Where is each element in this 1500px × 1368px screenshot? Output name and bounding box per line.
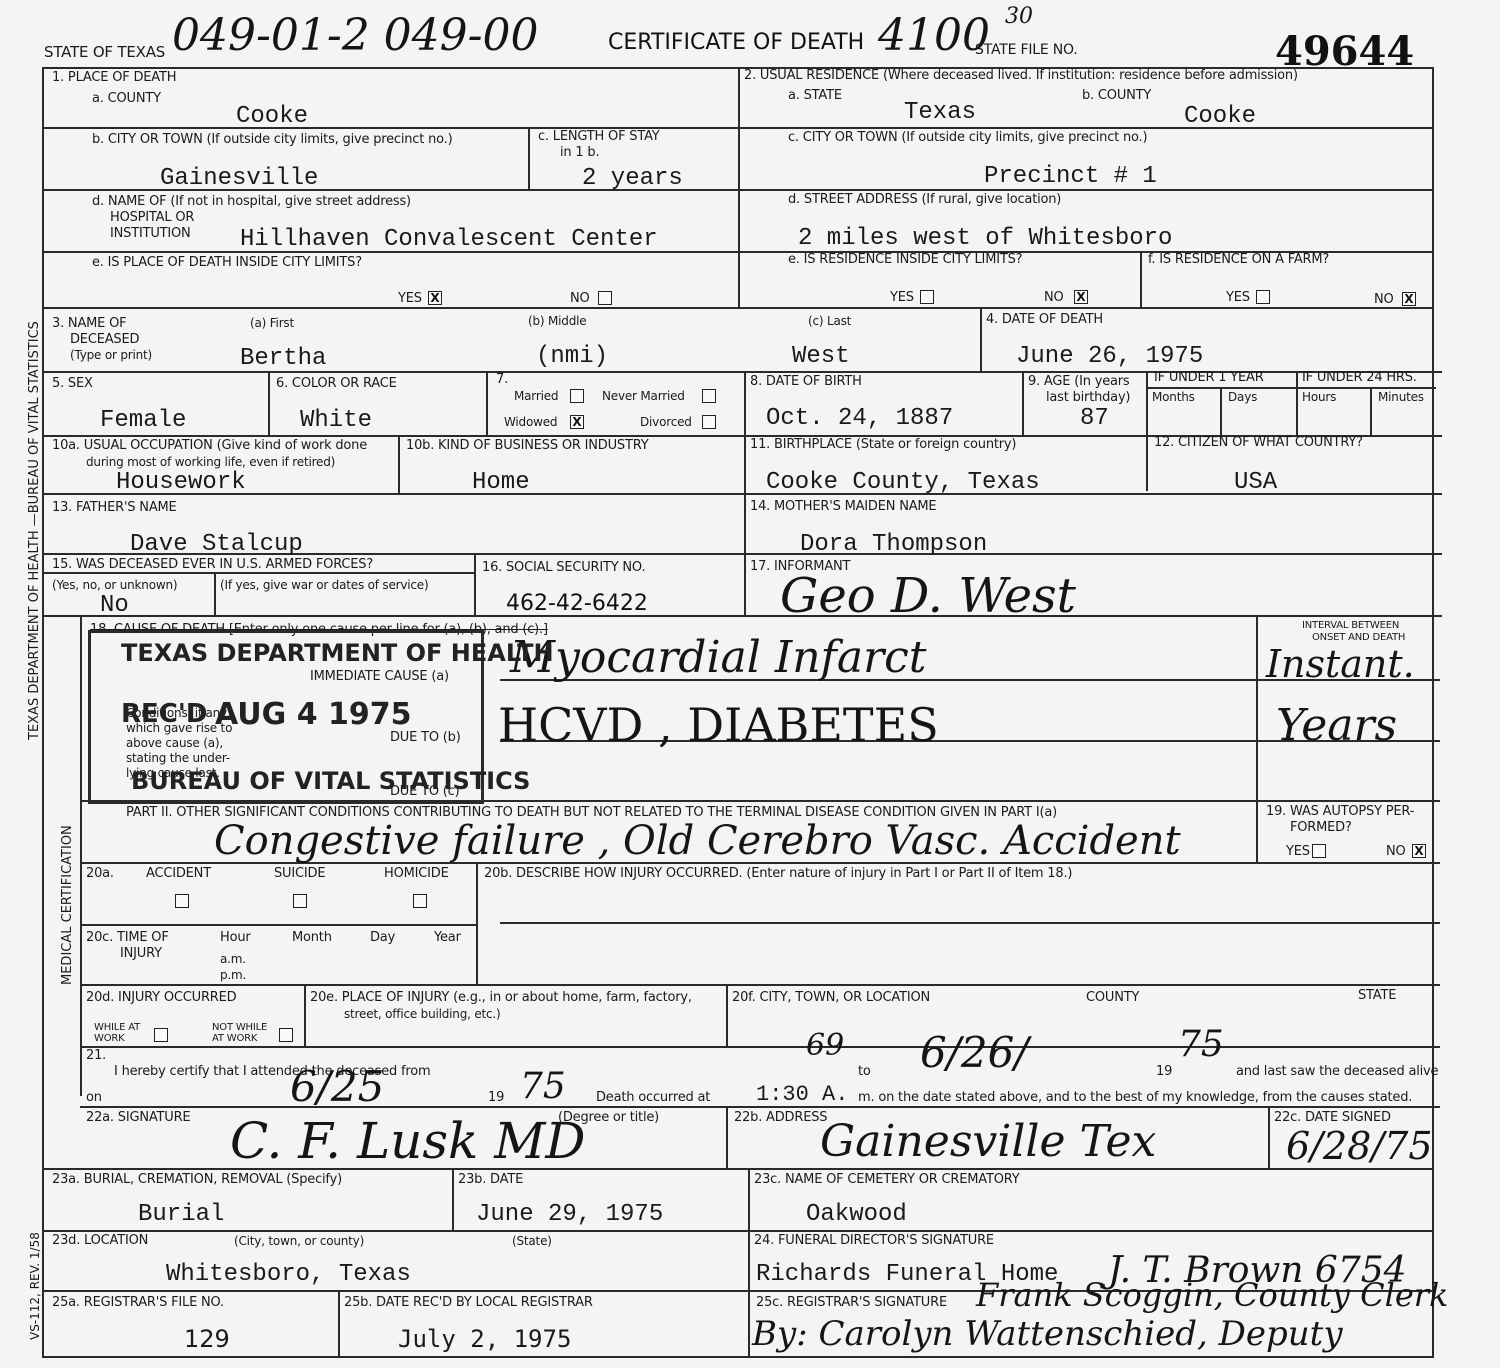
- certificate-title: CERTIFICATE OF DEATH: [608, 30, 864, 55]
- residence-county-label: b. COUNTY: [1082, 88, 1151, 103]
- institution-label: d. NAME OF (If not in hospital, give str…: [92, 194, 411, 209]
- widowed-label: Widowed: [504, 415, 557, 429]
- widowed-checkbox[interactable]: X: [570, 415, 584, 429]
- time-of-injury-label-2: INJURY: [120, 946, 162, 961]
- stamp-department: TEXAS DEPARTMENT OF HEALTH: [121, 639, 554, 667]
- immediate-cause-value: Myocardial Infarct: [510, 632, 926, 683]
- homicide-label: HOMICIDE: [384, 866, 449, 881]
- farm-no-checkbox[interactable]: X: [1402, 292, 1416, 306]
- place-of-death-label: 1. PLACE OF DEATH: [52, 70, 176, 85]
- homicide-checkbox[interactable]: [413, 894, 427, 908]
- location-city-label: (City, town, or county): [234, 1234, 364, 1248]
- under-1-year-label: IF UNDER 1 YEAR: [1154, 370, 1264, 385]
- armed-forces-sub-label-1: (Yes, no, or unknown): [52, 578, 177, 592]
- divorced-label: Divorced: [640, 415, 692, 429]
- stamp-bureau: BUREAU OF VITAL STATISTICS: [131, 767, 530, 795]
- business-label: 10b. KIND OF BUSINESS OR INDUSTRY: [406, 438, 648, 453]
- injury-state-label: STATE: [1358, 988, 1396, 1003]
- date-of-death-label: 4. DATE OF DEATH: [986, 312, 1103, 327]
- burial-location-value: Whitesboro, Texas: [166, 1262, 411, 1288]
- residence-city-value: Precinct # 1: [984, 164, 1157, 190]
- registrar-file-label: 25a. REGISTRAR'S FILE NO.: [52, 1295, 224, 1310]
- ssn-value: 462-42-6422: [506, 591, 648, 616]
- burial-location-label: 23d. LOCATION: [52, 1233, 148, 1248]
- married-checkbox[interactable]: [570, 389, 584, 403]
- autopsy-no-label: NO: [1386, 844, 1406, 859]
- death-county-label: a. COUNTY: [92, 91, 161, 106]
- injury-location-label: 20f. CITY, TOWN, OR LOCATION: [732, 990, 930, 1005]
- signature-label: 22a. SIGNATURE: [86, 1110, 190, 1125]
- age-label-2: last birthday): [1046, 390, 1130, 405]
- am-label: a.m.: [220, 952, 246, 966]
- street-address-label: d. STREET ADDRESS (If rural, give locati…: [788, 192, 1061, 207]
- department-side-label: TEXAS DEPARTMENT OF HEALTH —BUREAU OF VI…: [27, 321, 42, 740]
- autopsy-yes-label: YES: [1286, 844, 1310, 859]
- suicide-label: SUICIDE: [274, 866, 325, 881]
- residence-inside-no-label: NO: [1044, 290, 1064, 305]
- interval-a-value: Instant.: [1266, 642, 1415, 686]
- address-value: Gainesville Tex: [820, 1116, 1156, 1167]
- father-name-label: 13. FATHER'S NAME: [52, 500, 177, 515]
- seen-date-value: 6/25: [290, 1062, 384, 1111]
- marital-status-label: 7.: [496, 372, 508, 387]
- residence-inside-no-checkbox[interactable]: X: [1074, 290, 1088, 304]
- citizen-label: 12. CITIZEN OF WHAT COUNTRY?: [1154, 435, 1363, 450]
- hours-label: Hours: [1302, 390, 1336, 404]
- occupation-value: Housework: [116, 470, 246, 496]
- interval-label-1: INTERVAL BETWEEN: [1302, 620, 1399, 631]
- dob-value: Oct. 24, 1887: [766, 406, 953, 432]
- time-of-injury-label: 20c. TIME OF: [86, 930, 169, 945]
- deceased-name-label-2: DECEASED: [70, 332, 139, 347]
- handwritten-code-2: 4100: [878, 10, 990, 61]
- burial-date-label: 23b. DATE: [458, 1172, 523, 1187]
- certification-item-label: 21.: [86, 1048, 106, 1063]
- day-label: Day: [370, 930, 395, 945]
- months-label: Months: [1152, 390, 1195, 404]
- seen-year-value: 75: [520, 1066, 566, 1107]
- deceased-name-label: 3. NAME OF: [52, 316, 126, 331]
- funeral-director-label: 24. FUNERAL DIRECTOR'S SIGNATURE: [754, 1233, 994, 1248]
- farm-no-label: NO: [1374, 292, 1394, 307]
- injury-county-label: COUNTY: [1086, 990, 1139, 1005]
- received-stamp: TEXAS DEPARTMENT OF HEALTH REC'D AUG 4 1…: [88, 630, 484, 804]
- place-of-injury-label: 20e. PLACE OF INJURY (e.g., in or about …: [310, 990, 692, 1005]
- registrar-file-value: 129: [184, 1326, 230, 1352]
- autopsy-label-2: FORMED?: [1290, 820, 1352, 835]
- pm-label: p.m.: [220, 968, 246, 982]
- autopsy-label-1: 19. WAS AUTOPSY PER-: [1266, 804, 1414, 819]
- father-name-value: Dave Stalcup: [130, 532, 303, 558]
- to-year-prefix: 19: [1156, 1064, 1172, 1079]
- accident-checkbox[interactable]: [175, 894, 189, 908]
- suicide-checkbox[interactable]: [293, 894, 307, 908]
- age-value: 87: [1080, 406, 1109, 432]
- registrar-date-value: July 2, 1975: [398, 1326, 571, 1352]
- days-label: Days: [1228, 390, 1257, 404]
- autopsy-no-checkbox[interactable]: X: [1412, 844, 1426, 858]
- institution-value: Hillhaven Convalescent Center: [240, 227, 658, 253]
- handwritten-superscript: 30: [1005, 4, 1033, 29]
- cemetery-label: 23c. NAME OF CEMETERY OR CREMATORY: [754, 1172, 1019, 1187]
- divorced-checkbox[interactable]: [702, 415, 716, 429]
- burial-method-label: 23a. BURIAL, CREMATION, REMOVAL (Specify…: [52, 1172, 342, 1187]
- birthplace-label: 11. BIRTHPLACE (State or foreign country…: [750, 437, 1016, 452]
- not-while-at-work-checkbox[interactable]: [279, 1028, 293, 1042]
- hour-label: Hour: [220, 930, 251, 945]
- armed-forces-sub-label-2: (If yes, give war or dates of service): [220, 578, 428, 592]
- certification-text-3: m. on the date stated above, and to the …: [858, 1090, 1412, 1105]
- registrar-signature-label: 25c. REGISTRAR'S SIGNATURE: [756, 1295, 947, 1310]
- business-value: Home: [472, 470, 530, 496]
- minutes-label: Minutes: [1378, 390, 1424, 404]
- never-married-label: Never Married: [602, 389, 685, 403]
- while-at-work-label-2: WORK: [94, 1033, 124, 1044]
- on-label: on: [86, 1090, 102, 1105]
- occupation-label: 10a. USUAL OCCUPATION (Give kind of work…: [52, 438, 367, 453]
- from-year-value: 69: [806, 1028, 844, 1063]
- occupation-label-2: during most of working life, even if ret…: [86, 455, 335, 469]
- middle-name-label: (b) Middle: [528, 314, 586, 328]
- age-label: 9. AGE (In years: [1028, 374, 1129, 389]
- date-signed-label: 22c. DATE SIGNED: [1274, 1110, 1391, 1125]
- inside-city-yes-label: YES: [398, 291, 422, 306]
- residence-farm-label: f. IS RESIDENCE ON A FARM?: [1148, 252, 1329, 267]
- to-year-value: 75: [1178, 1024, 1224, 1065]
- armed-forces-label: 15. WAS DECEASED EVER IN U.S. ARMED FORC…: [52, 557, 373, 572]
- injury-type-label: 20a.: [86, 866, 114, 881]
- autopsy-yes-checkbox[interactable]: [1312, 844, 1326, 858]
- armed-forces-value: No: [100, 593, 129, 619]
- residence-state-value: Texas: [904, 100, 976, 126]
- last-name-value: West: [792, 344, 850, 370]
- physician-signature: C. F. Lusk MD: [230, 1112, 586, 1170]
- deceased-name-label-3: (Type or print): [70, 348, 152, 362]
- stamp-prefix: REC'D: [121, 699, 207, 729]
- interval-b-value: Years: [1276, 700, 1397, 751]
- state-file-label: STATE FILE NO.: [975, 43, 1078, 58]
- inside-city-yes-checkbox[interactable]: X: [428, 291, 442, 305]
- address-label: 22b. ADDRESS: [734, 1110, 827, 1125]
- mother-name-value: Dora Thompson: [800, 532, 987, 558]
- institution-label-2: HOSPITAL OR: [110, 210, 194, 225]
- burial-method-value: Burial: [138, 1202, 224, 1228]
- injury-occurred-label: 20d. INJURY OCCURRED: [86, 990, 236, 1005]
- registrar-signature-line-2: By: Carolyn Wattenschied, Deputy: [752, 1314, 1343, 1354]
- birthplace-value: Cooke County, Texas: [766, 470, 1040, 496]
- date-signed-value: 6/28/75: [1286, 1124, 1433, 1168]
- middle-name-value: (nmi): [536, 344, 608, 370]
- sex-value: Female: [100, 408, 186, 434]
- residence-city-label: c. CITY OR TOWN (If outside city limits,…: [788, 130, 1147, 145]
- accident-label: ACCIDENT: [146, 866, 211, 881]
- place-of-injury-label-2: street, office building, etc.): [344, 1007, 501, 1021]
- length-of-stay-label: c. LENGTH OF STAY: [538, 129, 660, 144]
- not-while-at-work-label: NOT WHILE: [212, 1022, 267, 1033]
- race-label: 6. COLOR OR RACE: [276, 376, 397, 391]
- death-city-label: b. CITY OR TOWN (If outside city limits,…: [92, 132, 452, 147]
- burial-date-value: June 29, 1975: [476, 1202, 663, 1228]
- usual-residence-label: 2. USUAL RESIDENCE (Where deceased lived…: [744, 68, 1298, 83]
- while-at-work-label: WHILE AT: [94, 1022, 140, 1033]
- under-24-hrs-label: IF UNDER 24 HRS.: [1302, 370, 1417, 385]
- part-2-value: Congestive failure , Old Cerebro Vasc. A…: [214, 818, 1181, 864]
- first-name-label: (a) First: [250, 316, 294, 330]
- citizen-value: USA: [1234, 470, 1277, 496]
- residence-county-value: Cooke: [1184, 104, 1256, 130]
- form-number-side-label: VS-112, REV. 1/58: [28, 1232, 42, 1340]
- death-city-value: Gainesville: [160, 166, 318, 192]
- inside-city-no-checkbox[interactable]: [598, 291, 612, 305]
- mother-name-label: 14. MOTHER'S MAIDEN NAME: [750, 499, 936, 514]
- medical-certification-side-label: MEDICAL CERTIFICATION: [60, 825, 75, 985]
- date-of-death-value: June 26, 1975: [1016, 344, 1203, 370]
- stamp-date: AUG 4 1975: [215, 697, 412, 732]
- certification-text-2: and last saw the deceased alive: [1236, 1064, 1438, 1079]
- state-label: STATE OF TEXAS: [44, 45, 165, 60]
- married-label: Married: [514, 389, 558, 403]
- residence-state-label: a. STATE: [788, 88, 842, 103]
- inside-city-limits-label: e. IS PLACE OF DEATH INSIDE CITY LIMITS?: [92, 255, 362, 270]
- registrar-date-label: 25b. DATE REC'D BY LOCAL REGISTRAR: [344, 1295, 593, 1310]
- race-value: White: [300, 408, 372, 434]
- length-of-stay-value: 2 years: [582, 166, 683, 192]
- month-label: Month: [292, 930, 332, 945]
- not-while-at-work-label-2: AT WORK: [212, 1033, 257, 1044]
- street-address-value: 2 miles west of Whitesboro: [798, 226, 1172, 252]
- location-state-label: (State): [512, 1234, 552, 1248]
- cemetery-value: Oakwood: [806, 1202, 907, 1228]
- death-time-value: 1:30 A.: [756, 1082, 848, 1108]
- inside-city-no-label: NO: [570, 291, 590, 306]
- first-name-value: Bertha: [240, 346, 326, 372]
- to-label: to: [858, 1064, 871, 1079]
- describe-injury-label: 20b. DESCRIBE HOW INJURY OCCURRED. (Ente…: [484, 866, 1072, 881]
- sex-label: 5. SEX: [52, 376, 93, 391]
- year-label: Year: [434, 930, 461, 945]
- seen-year-prefix: 19: [488, 1090, 504, 1105]
- length-of-stay-label-2: in 1 b.: [560, 145, 599, 160]
- never-married-checkbox[interactable]: [702, 389, 716, 403]
- due-to-b-value: HCVD , DIABETES: [498, 698, 939, 752]
- farm-yes-checkbox[interactable]: [1256, 290, 1270, 304]
- death-occurred-label: Death occurred at: [596, 1090, 710, 1105]
- residence-inside-yes-checkbox[interactable]: [920, 290, 934, 304]
- ssn-label: 16. SOCIAL SECURITY NO.: [482, 560, 645, 575]
- residence-inside-yes-label: YES: [890, 290, 914, 305]
- residence-inside-limits-label: e. IS RESIDENCE INSIDE CITY LIMITS?: [788, 252, 1022, 267]
- registrar-signature-line-1: Frank Scoggin, County Clerk: [976, 1276, 1448, 1314]
- to-date-value: 6/26/: [920, 1028, 1028, 1077]
- informant-signature: Geo D. West: [780, 568, 1076, 624]
- last-name-label: (c) Last: [808, 314, 851, 328]
- death-county-value: Cooke: [236, 104, 308, 130]
- handwritten-code-1: 049-01-2 049-00: [172, 10, 539, 61]
- dob-label: 8. DATE OF BIRTH: [750, 374, 862, 389]
- institution-label-3: INSTITUTION: [110, 226, 191, 241]
- farm-yes-label: YES: [1226, 290, 1250, 305]
- while-at-work-checkbox[interactable]: [154, 1028, 168, 1042]
